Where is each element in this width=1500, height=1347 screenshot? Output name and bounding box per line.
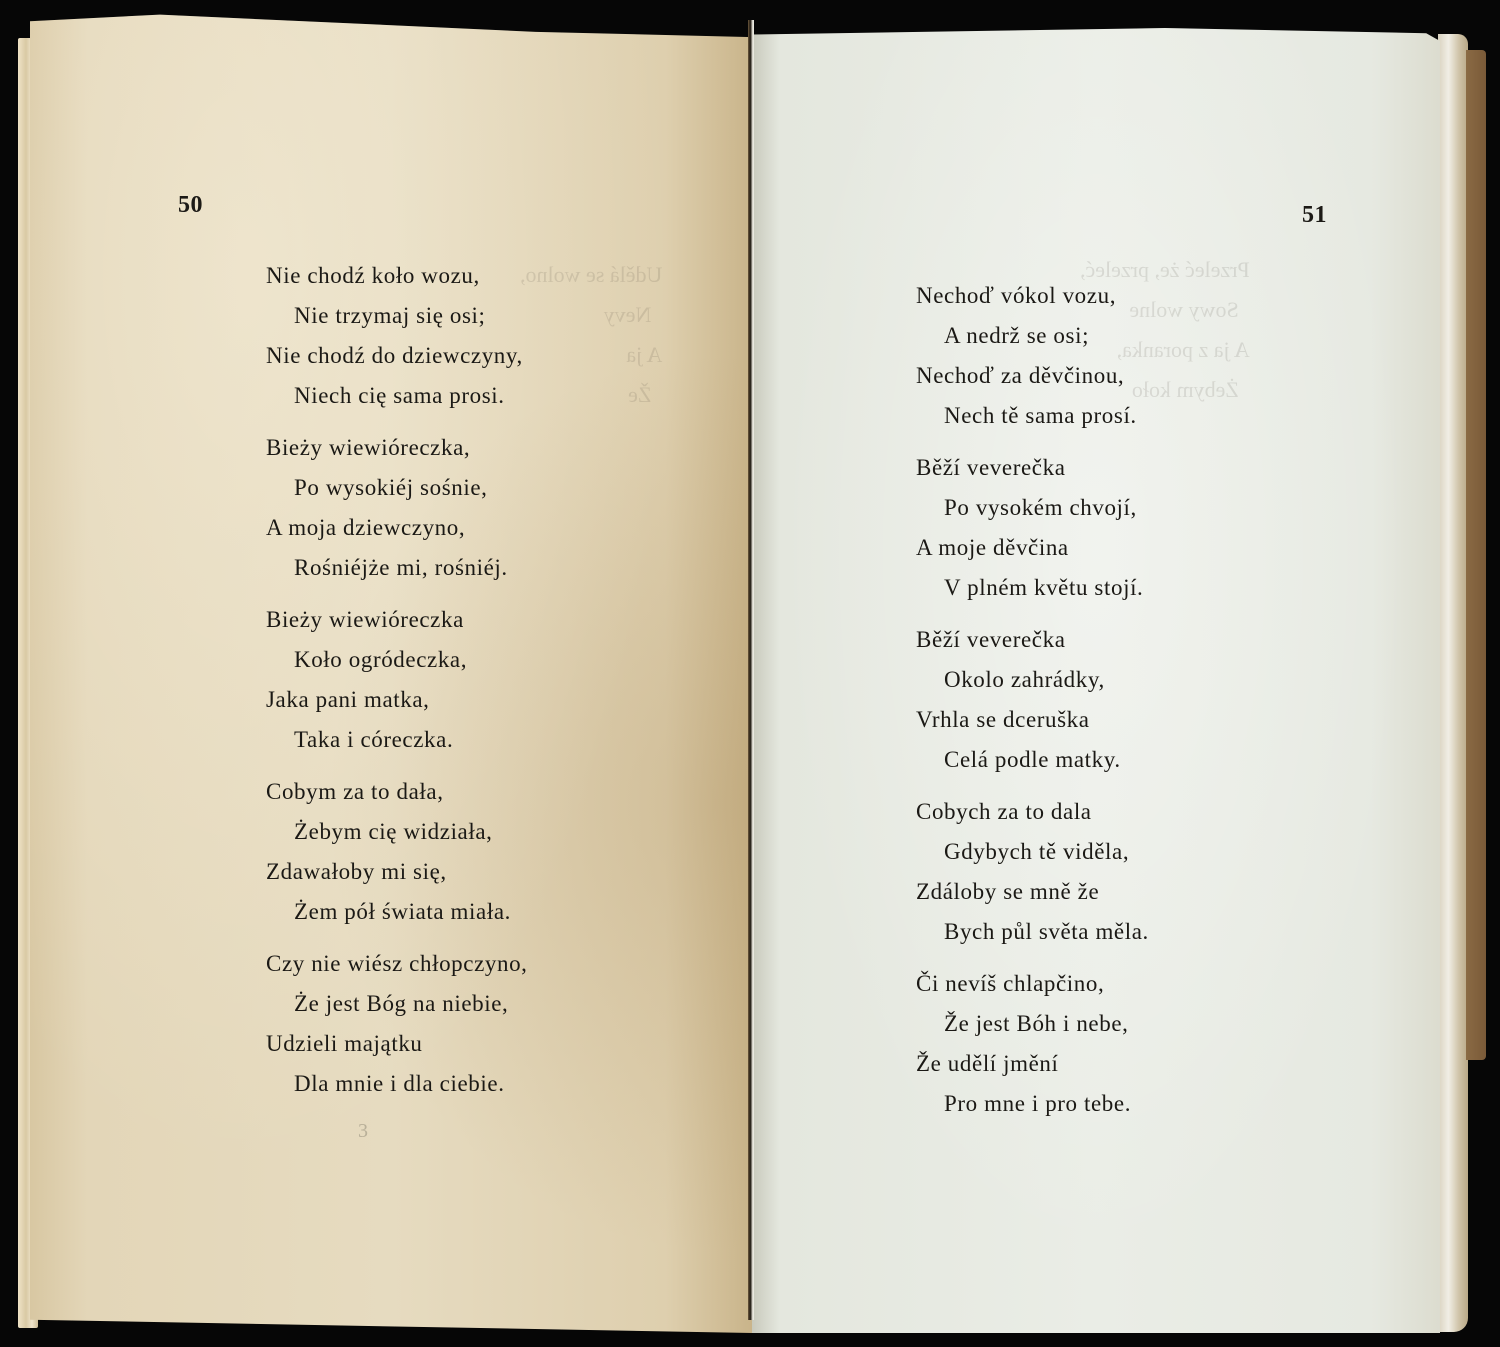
verse-line: Rośniéjże mi, rośniéj. xyxy=(266,548,528,588)
verse-line: Nech tě sama prosí. xyxy=(916,396,1149,436)
book-gutter xyxy=(748,20,754,1320)
verse-line: Nie chodź do dziewczyny, xyxy=(266,336,528,376)
verse-line: Cobym za to dała, xyxy=(266,772,528,812)
stanza: Běží veverečka Po vysokém chvojí, A moje… xyxy=(916,448,1149,608)
stanza: Či nevíš chlapčino, Že jest Bóh i nebe, … xyxy=(916,964,1149,1124)
stanza: Nie chodź koło wozu, Nie trzymaj się osi… xyxy=(266,256,528,416)
signature-mark: 3 xyxy=(358,1120,368,1143)
verse-line: Czy nie wiész chłopczyno, xyxy=(266,944,528,984)
verse-line: Běží veverečka xyxy=(916,448,1149,488)
verse-line: Bieży wiewióreczka xyxy=(266,600,528,640)
verse-line: Nechoď vókol vozu, xyxy=(916,276,1149,316)
verse-line: Żem pół świata miała. xyxy=(266,892,528,932)
page-number-right: 51 xyxy=(1302,202,1327,229)
verse-line: Po vysokém chvojí, xyxy=(916,488,1149,528)
verse-line: Taka i córeczka. xyxy=(266,720,528,760)
stanza: Bieży wiewióreczka, Po wysokiéj sośnie, … xyxy=(266,428,528,588)
verse-line: Celá podle matky. xyxy=(916,740,1149,780)
verse-line: Żebym cię widziała, xyxy=(266,812,528,852)
verse-line: Po wysokiéj sośnie, xyxy=(266,468,528,508)
verse-line: Cobych za to dala xyxy=(916,792,1149,832)
verse-line: Zdawałoby mi się, xyxy=(266,852,528,892)
page-number-left: 50 xyxy=(178,192,203,219)
verse-line: Že udělí jmění xyxy=(916,1044,1149,1084)
verse-line: Bych půl světa měla. xyxy=(916,912,1149,952)
book-cover-edge xyxy=(1466,50,1486,1060)
stanza: Běží veverečka Okolo zahrádky, Vrhla se … xyxy=(916,620,1149,780)
poem-czech: Nechoď vókol vozu, A nedrž se osi; Necho… xyxy=(916,276,1149,1136)
verse-line: Nechoď za děvčinou, xyxy=(916,356,1149,396)
stanza: Cobych za to dala Gdybych tě viděla, Zdá… xyxy=(916,792,1149,952)
stanza: Czy nie wiész chłopczyno, Że jest Bóg na… xyxy=(266,944,528,1104)
verse-line: Udzieli majątku xyxy=(266,1024,528,1064)
stanza: Bieży wiewióreczka Koło ogródeczka, Jaka… xyxy=(266,600,528,760)
verse-line: Nie chodź koło wozu, xyxy=(266,256,528,296)
stanza: Nechoď vókol vozu, A nedrž se osi; Necho… xyxy=(916,276,1149,436)
verse-line: A moje děvčina xyxy=(916,528,1149,568)
verse-line: Nie trzymaj się osi; xyxy=(266,296,528,336)
verse-line: A moja dziewczyno, xyxy=(266,508,528,548)
verse-line: Niech cię sama prosi. xyxy=(266,376,528,416)
stanza: Cobym za to dała, Żebym cię widziała, Zd… xyxy=(266,772,528,932)
verse-line: Okolo zahrádky, xyxy=(916,660,1149,700)
verse-line: Jaka pani matka, xyxy=(266,680,528,720)
poem-polish: Nie chodź koło wozu, Nie trzymaj się osi… xyxy=(266,256,528,1116)
verse-line: Bieży wiewióreczka, xyxy=(266,428,528,468)
verse-line: Pro mne i pro tebe. xyxy=(916,1084,1149,1124)
verse-line: Vrhla se dceruška xyxy=(916,700,1149,740)
verse-line: Běží veverečka xyxy=(916,620,1149,660)
verse-line: Że jest Bóg na niebie, xyxy=(266,984,528,1024)
right-page-stack-edge xyxy=(1438,34,1468,1332)
photo-background: Udělá se wolno, Nevy A ja Že Przeleć że,… xyxy=(0,0,1500,1347)
verse-line: V plném květu stojí. xyxy=(916,568,1149,608)
verse-line: Či nevíš chlapčino, xyxy=(916,964,1149,1004)
verse-line: A nedrž se osi; xyxy=(916,316,1149,356)
verse-line: Že jest Bóh i nebe, xyxy=(916,1004,1149,1044)
verse-line: Zdáloby se mně že xyxy=(916,872,1149,912)
verse-line: Dla mnie i dla ciebie. xyxy=(266,1064,528,1104)
verse-line: Koło ogródeczka, xyxy=(266,640,528,680)
verse-line: Gdybych tě viděla, xyxy=(916,832,1149,872)
